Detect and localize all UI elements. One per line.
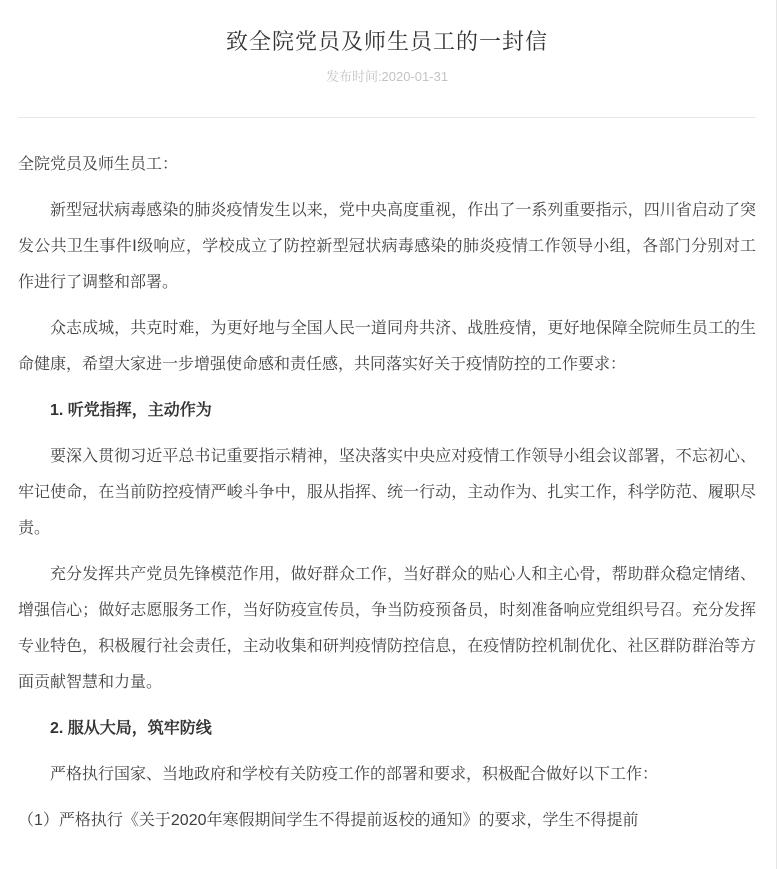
- paragraph-section2-a: 严格执行国家、当地政府和学校有关防疫工作的部署和要求，积极配合做好以下工作：: [18, 757, 756, 793]
- section-heading-1: 1. 听党指挥，主动作为: [18, 393, 756, 429]
- article: 致全院党员及师生员工的一封信 发布时间:2020-01-31 全院党员及师生员工…: [0, 26, 776, 839]
- publish-date: 发布时间:2020-01-31: [18, 70, 756, 84]
- article-title: 致全院党员及师生员工的一封信: [18, 26, 756, 58]
- paragraph-section1-a: 要深入贯彻习近平总书记重要指示精神，坚决落实中央应对疫情工作领导小组会议部署，不…: [18, 439, 756, 547]
- salutation: 全院党员及师生员工：: [18, 147, 756, 183]
- paragraph-intro: 新型冠状病毒感染的肺炎疫情发生以来，党中央高度重视，作出了一系列重要指示，四川省…: [18, 193, 756, 301]
- article-page: 致全院党员及师生员工的一封信 发布时间:2020-01-31 全院党员及师生员工…: [0, 0, 777, 869]
- list-item-1: （1）严格执行《关于2020年寒假期间学生不得提前返校的通知》的要求，学生不得提…: [18, 803, 756, 839]
- section-heading-2: 2. 服从大局，筑牢防线: [18, 711, 756, 747]
- article-body: 全院党员及师生员工： 新型冠状病毒感染的肺炎疫情发生以来，党中央高度重视，作出了…: [18, 118, 756, 839]
- paragraph-section1-b: 充分发挥共产党员先锋模范作用，做好群众工作，当好群众的贴心人和主心骨，帮助群众稳…: [18, 557, 756, 701]
- paragraph-unity: 众志成城，共克时难，为更好地与全国人民一道同舟共济、战胜疫情，更好地保障全院师生…: [18, 311, 756, 383]
